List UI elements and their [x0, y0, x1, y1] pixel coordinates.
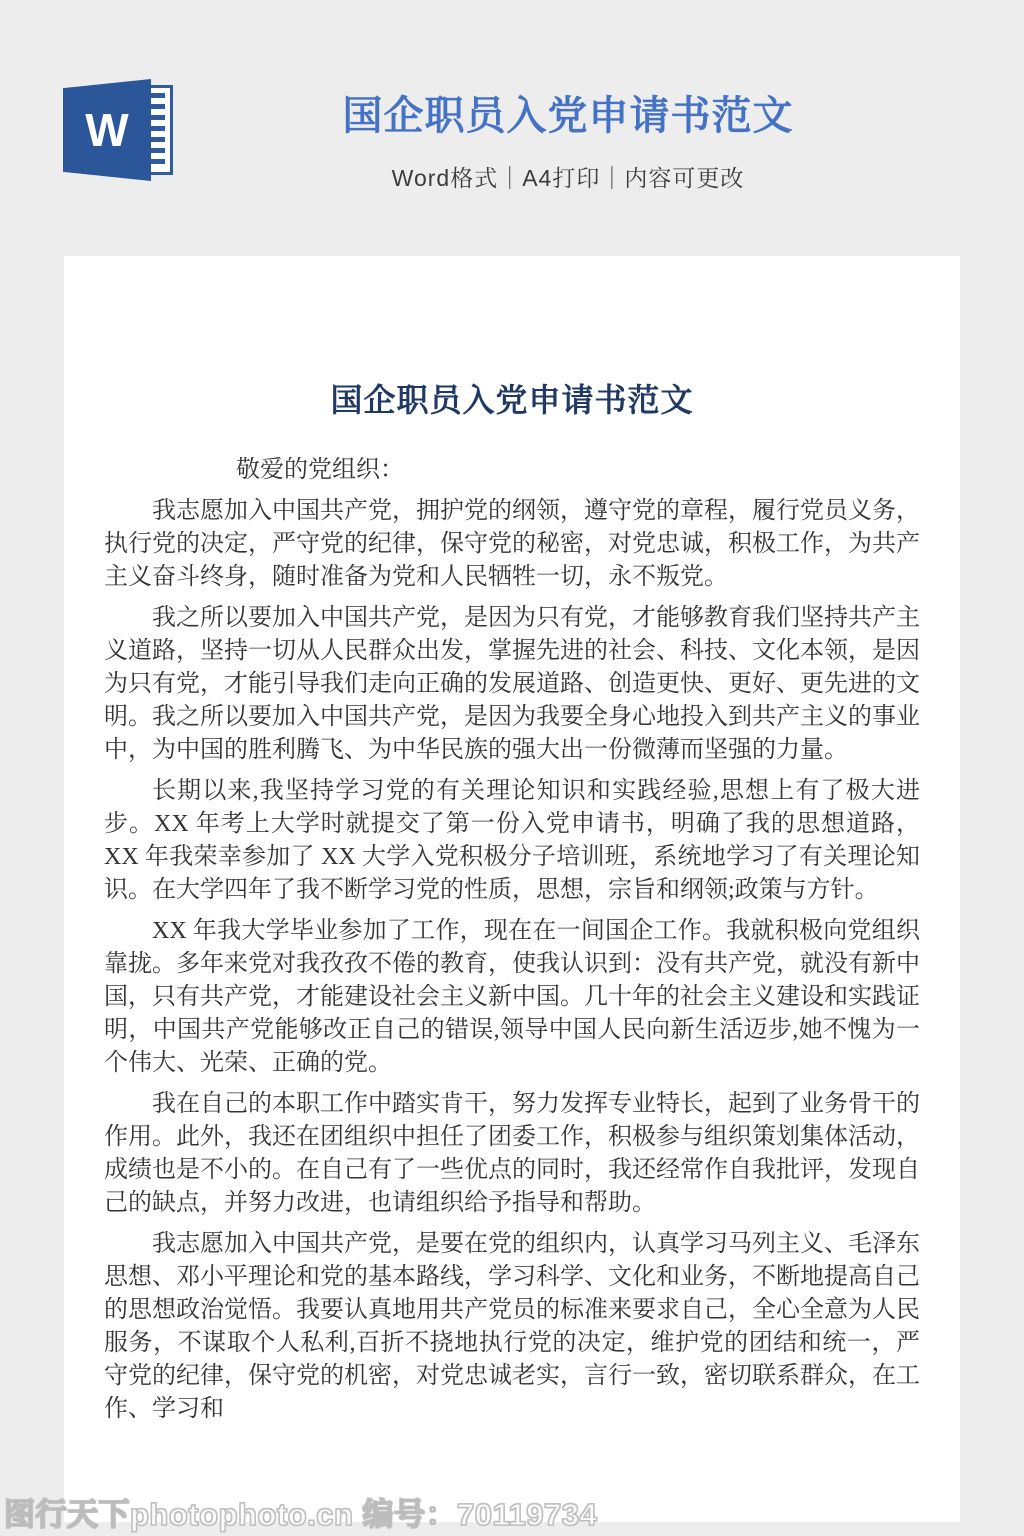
salutation: 敬爱的党组织：: [236, 454, 920, 487]
paragraph-4: XX 年我大学毕业参加了工作，现在在一间国企工作。我就积极向党组织靠拢。多年来党…: [104, 915, 920, 1080]
paragraph-3: 长期以来,我坚持学习党的有关理论知识和实践经验,思想上有了极大进步。XX 年考上…: [104, 775, 920, 907]
header-subtitle: Word格式｜A4打印｜内容可更改: [112, 160, 1024, 193]
watermark-text: 图行天下photophoto.cn 编号：70119734: [4, 1489, 597, 1534]
paragraph-6: 我志愿加入中国共产党，是要在党的组织内，认真学习马列主义、毛泽东思想、邓小平理论…: [104, 1228, 920, 1426]
document-title: 国企职员入党申请书范文: [64, 256, 960, 418]
header-title: 国企职员入党申请书范文: [112, 94, 1024, 138]
document-body: 敬爱的党组织： 我志愿加入中国共产党，拥护党的纲领，遵守党的章程，履行党员义务，…: [64, 454, 960, 1426]
document-page: 国企职员入党申请书范文 敬爱的党组织： 我志愿加入中国共产党，拥护党的纲领，遵守…: [64, 256, 960, 1522]
paragraph-5: 我在自己的本职工作中踏实肯干，努力发挥专业特长，起到了业务骨干的作用。此外，我还…: [104, 1088, 920, 1220]
paragraph-2: 我之所以要加入中国共产党，是因为只有党，才能够教育我们坚持共产主义道路，坚持一切…: [104, 602, 920, 767]
paragraph-1: 我志愿加入中国共产党，拥护党的纲领，遵守党的章程，履行党员义务，执行党的决定，严…: [104, 495, 920, 594]
